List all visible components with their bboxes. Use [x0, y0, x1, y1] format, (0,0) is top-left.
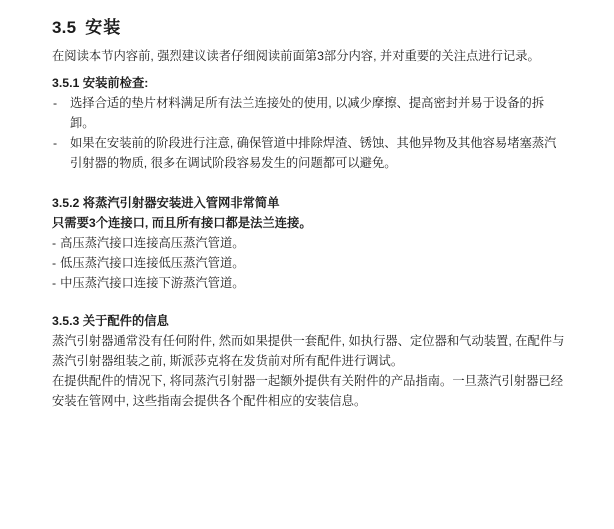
list-item: -中压蒸汽接口连接下游蒸汽管道。: [52, 273, 565, 293]
list-item-text: 低压蒸汽接口连接低压蒸汽管道。: [60, 256, 244, 270]
dash-bullet: -: [52, 256, 56, 270]
subsection-3-5-3-heading: 3.5.3 关于配件的信息: [52, 311, 565, 331]
subsection-3-5-2-lead: 只需要3个连接口, 而且所有接口都是法兰连接。: [52, 213, 565, 233]
list-item-text: 高压蒸汽接口连接高压蒸汽管道。: [60, 236, 244, 250]
dash-bullet: -: [53, 133, 57, 153]
section-title: 安装: [85, 18, 121, 37]
list-item-text: 中压蒸汽接口连接下游蒸汽管道。: [60, 276, 244, 290]
list-item: -低压蒸汽接口连接低压蒸汽管道。: [52, 253, 565, 273]
dash-bullet: -: [52, 276, 56, 290]
section-heading: 3.5安装: [52, 15, 565, 40]
dash-bullet: -: [53, 93, 57, 113]
accessories-paragraph-1: 蒸汽引射器通常没有任何附件, 然而如果提供一套配件, 如执行器、定位器和气动装置…: [52, 331, 565, 371]
subsection-3-5-1-heading: 3.5.1 安装前检查:: [52, 73, 565, 93]
dash-bullet: -: [52, 236, 56, 250]
list-item-text: 选择合适的垫片材料满足所有法兰连接处的使用, 以减少摩擦、提高密封并易于设备的拆…: [70, 96, 544, 130]
list-item: -高压蒸汽接口连接高压蒸汽管道。: [52, 233, 565, 253]
subsection-3-5-2-heading: 3.5.2 将蒸汽引射器安装进入管网非常简单: [52, 193, 565, 213]
list-item: - 如果在安装前的阶段进行注意, 确保管道中排除焊渣、锈蚀、其他异物及其他容易堵…: [52, 133, 565, 173]
intro-paragraph: 在阅读本节内容前, 强烈建议读者仔细阅读前面第3部分内容, 并对重要的关注点进行…: [52, 46, 565, 66]
list-item: - 选择合适的垫片材料满足所有法兰连接处的使用, 以减少摩擦、提高密封并易于设备…: [52, 93, 565, 133]
section-number: 3.5: [52, 18, 76, 37]
list-item-text: 如果在安装前的阶段进行注意, 确保管道中排除焊渣、锈蚀、其他异物及其他容易堵塞蒸…: [70, 136, 556, 170]
document-page: 3.5安装 在阅读本节内容前, 强烈建议读者仔细阅读前面第3部分内容, 并对重要…: [0, 0, 614, 529]
accessories-paragraph-2: 在提供配件的情况下, 将同蒸汽引射器一起额外提供有关附件的产品指南。一旦蒸汽引射…: [52, 371, 565, 411]
